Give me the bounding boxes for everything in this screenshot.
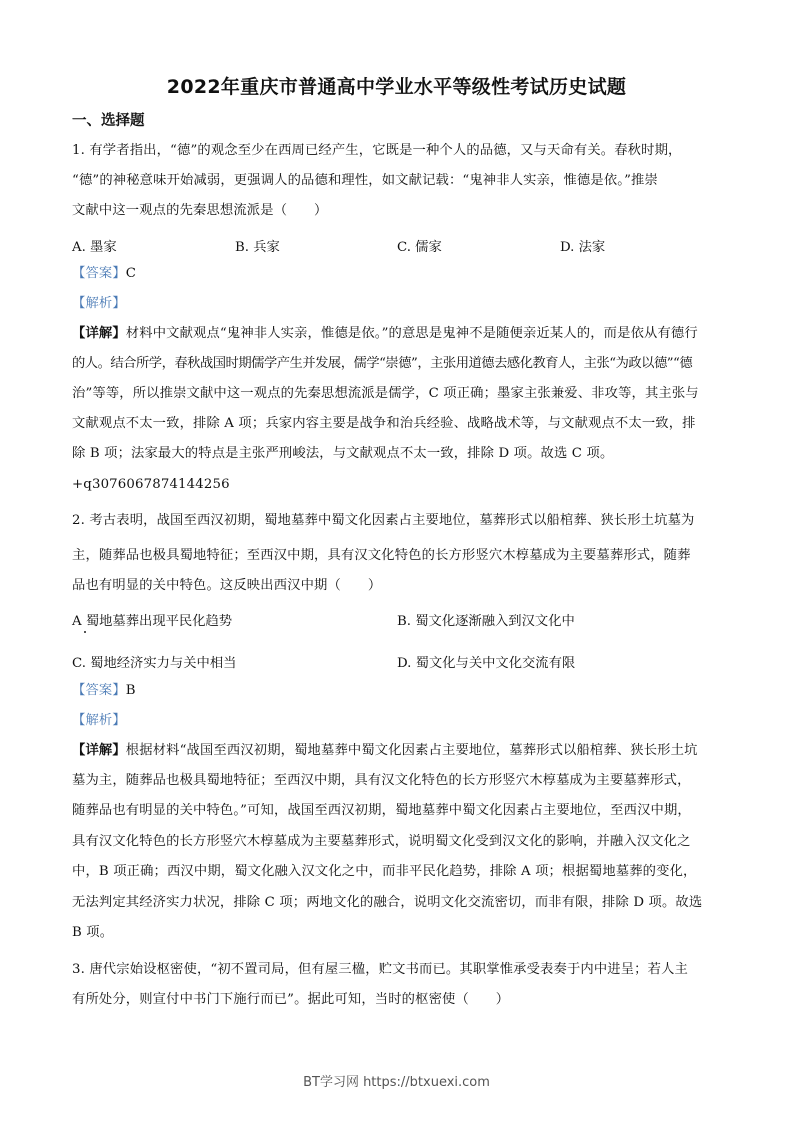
q2-detail-line: 墓为主，随葬品也极具蜀地特征；至西汉中期，具有汉文化特色的长方形竖穴木椁墓成为主… <box>72 773 724 789</box>
q3-stem-line: 有所处分，则宣付中书门下施行而已”。据此可知，当时的枢密使（ ） <box>72 992 724 1008</box>
q2-stem-line: 主，随葬品也极具蜀地特征；至西汉中期，具有汉文化特色的长方形竖穴木椁墓成为主要墓… <box>72 548 724 564</box>
q1-option-b: B. 兵家 <box>235 236 280 255</box>
q2-option-a: A 蜀地墓葬出现平民化趋势 <box>72 610 232 629</box>
answer-tag: 【答案】 <box>72 683 126 698</box>
q1-option-a: A. 墨家 <box>72 236 117 255</box>
q1-detail-line: 文献观点不太一致，排除 A 项；兵家内容主要是战争和治兵经验、战略战术等，与文献… <box>72 416 724 432</box>
q1-detail-line: 的人。结合所学，春秋战国时期儒学产生并发展，儒学“崇德”，主张用道德去感化教育人… <box>72 356 724 372</box>
detail-tag: 【详解】 <box>72 743 126 758</box>
answer-tag: 【答案】 <box>72 266 126 281</box>
q3-stem-line: 3. 唐代宗始设枢密使，“初不置司局，但有屋三楹，贮文书而已。其职掌惟承受表奏于… <box>72 962 724 978</box>
q2-answer: 【答案】B <box>72 683 724 699</box>
q1-option-d: D. 法家 <box>560 236 605 255</box>
q1-answer: 【答案】C <box>72 266 724 282</box>
q1-option-c: C. 儒家 <box>397 236 442 255</box>
q2-detail-line: 具有汉文化特色的长方形竖穴木椁墓成为主要墓葬形式，说明蜀文化受到汉文化的影响，并… <box>72 834 724 850</box>
q1-stem-line: “德”的神秘意味开始减弱，更强调人的品德和理性，如文献记载：“鬼神非人实亲，惟德… <box>72 173 724 189</box>
q2-detail-line: B 项。 <box>72 925 724 941</box>
stray-dot <box>84 631 86 633</box>
q2-option-b: B. 蜀文化逐渐融入到汉文化中 <box>397 610 575 629</box>
q1-stem-line: 文献中这一观点的先秦思想流派是（ ） <box>72 203 724 219</box>
q2-detail-line: 无法判定其经济实力状况，排除 C 项；两地文化的融合，说明文化交流密切，而非有限… <box>72 895 724 911</box>
q2-option-c: C. 蜀地经济实力与关中相当 <box>72 652 236 671</box>
q2-stem-line: 2. 考古表明，战国至西汉初期，蜀地墓葬中蜀文化因素占主要地位，墓葬形式以船棺葬… <box>72 513 724 529</box>
section-heading: 一、选择题 <box>72 109 145 130</box>
q1-stem-line: 1. 有学者指出，“德”的观念至少在西周已经产生，它既是一种个人的品德，又与天命… <box>72 143 724 159</box>
q2-analysis-tag: 【解析】 <box>72 713 724 729</box>
footer-watermark: BT学习网 https://btxuexi.com <box>0 1071 793 1090</box>
detail-tag: 【详解】 <box>72 326 126 341</box>
q2-stem-line: 品也有明显的关中特色。这反映出西汉中期（ ） <box>72 578 724 594</box>
q1-analysis-tag: 【解析】 <box>72 296 724 312</box>
document-page: 2022年重庆市普通高中学业水平等级性考试历史试题 一、选择题 1. 有学者指出… <box>0 0 793 1122</box>
q2-detail-line: 【详解】根据材料“战国至西汉初期，蜀地墓葬中蜀文化因素占主要地位，墓葬形式以船棺… <box>72 743 724 759</box>
q2-option-d: D. 蜀文化与关中文化交流有限 <box>397 652 575 671</box>
q2-detail-line: 随葬品也有明显的关中特色。”可知，战国至西汉初期，蜀地墓葬中蜀文化因素占主要地位… <box>72 803 724 819</box>
page-title: 2022年重庆市普通高中学业水平等级性考试历史试题 <box>0 72 793 99</box>
q1-detail-line: 除 B 项；法家最大的特点是主张严刑峻法，与文献观点不太一致，排除 D 项。故选… <box>72 446 724 462</box>
answer-value: B <box>126 683 136 698</box>
q2-detail-line: 中，B 项正确；西汉中期，蜀文化融入汉文化之中，而非平民化趋势，排除 A 项；根… <box>72 864 724 880</box>
answer-value: C <box>126 266 136 281</box>
q1-detail-line: 【详解】材料中文献观点“鬼神非人实亲，惟德是依。”的意思是鬼神不是随便亲近某人的… <box>72 326 724 342</box>
q1-detail-line: 治”等等，所以推崇文献中这一观点的先秦思想流派是儒学，C 项正确；墨家主张兼爱、… <box>72 386 724 402</box>
q1-code: +q3076067874144256 <box>72 477 724 493</box>
